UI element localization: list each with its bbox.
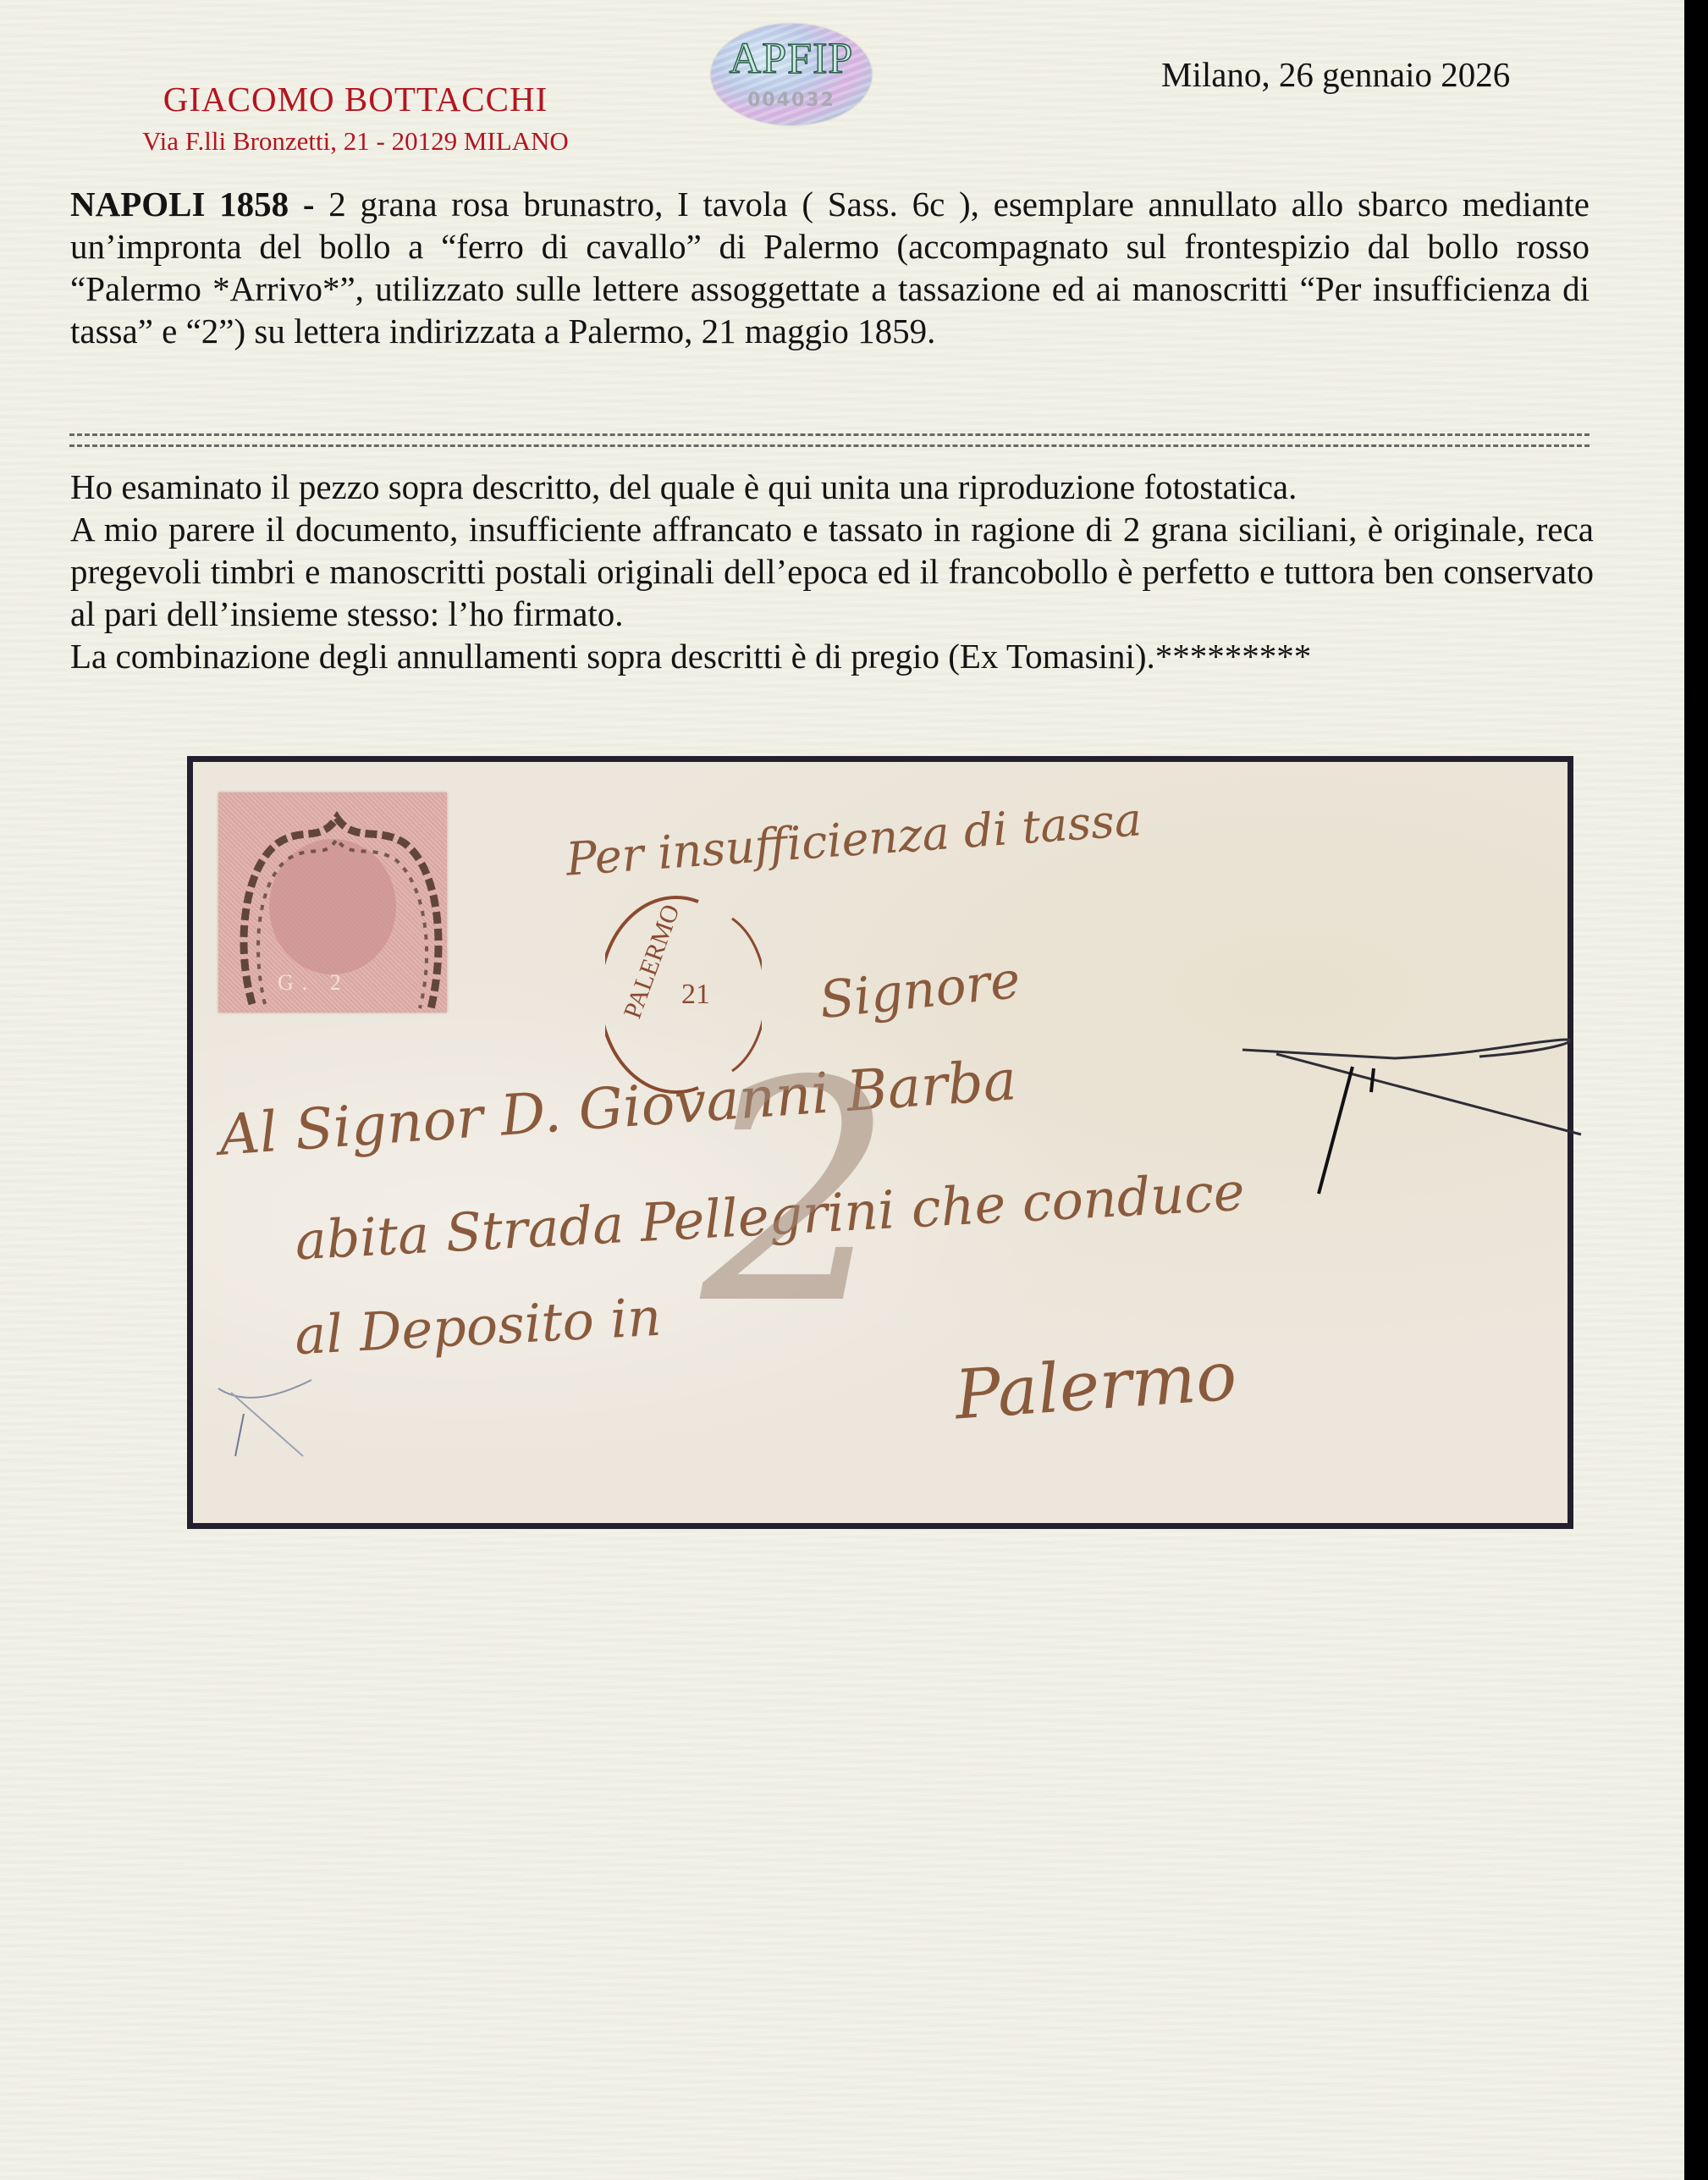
description-heading: NAPOLI 1858 - [70, 185, 315, 224]
addressee-name: Al Signor D. Giovanni Barba [217, 1047, 1018, 1168]
tax-note: Per insufficienza di tassa [565, 792, 1143, 886]
expert-signature-icon [1226, 1016, 1615, 1202]
sender-name: GIACOMO BOTTACCHI [76, 78, 635, 120]
pencil-mark-icon [210, 1371, 328, 1465]
opinion-line: Ho esaminato il pezzo sopra descritto, d… [70, 466, 1594, 508]
seal-label: APFIP [711, 34, 872, 84]
letterhead: GIACOMO BOTTACCHI Via F.lli Bronzetti, 2… [76, 78, 635, 159]
addressee-locale: al Deposito in [293, 1286, 663, 1367]
seal-number: 004032 [711, 90, 872, 111]
hologram-seal: APFIP 004032 [711, 24, 872, 125]
cover-photo: G. 2 PALERMO 21 Per insufficienza di tas… [187, 756, 1573, 1529]
scan-edge [1684, 0, 1708, 2180]
section-divider [69, 433, 1590, 447]
item-description: NAPOLI 1858 - 2 grana rosa brunastro, I … [70, 183, 1590, 352]
sender-address: Via F.lli Bronzetti, 21 - 20129 MILANO [76, 124, 635, 159]
tax-mark: 2 [701, 1041, 895, 1346]
opinion-line: La combinazione degli annullamenti sopra… [70, 635, 1594, 677]
expert-opinion: Ho esaminato il pezzo sopra descritto, d… [70, 466, 1594, 677]
certificate-date: Milano, 26 gennaio 2026 [1161, 54, 1510, 95]
opinion-line: A mio parere il documento, insufficiente… [70, 508, 1594, 635]
addressee-city: Palermo [952, 1336, 1239, 1434]
